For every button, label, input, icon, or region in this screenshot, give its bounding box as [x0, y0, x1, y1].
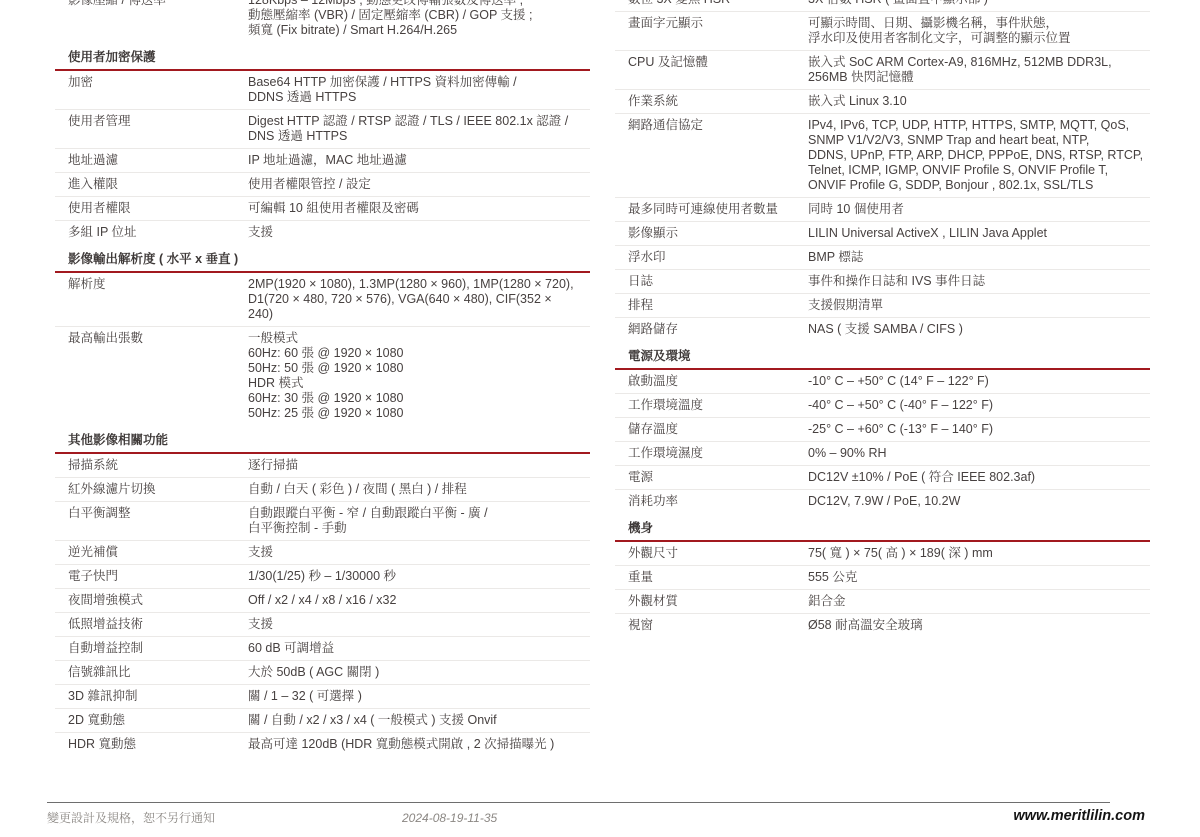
- spec-row: 儲存溫度-25° C – +60° C (-13° F – 140° F): [615, 417, 1150, 441]
- spec-value-line: 256MB 快閃記憶體: [808, 70, 1150, 85]
- spec-label: 電子快門: [55, 569, 248, 584]
- section-header-row: 電源及環境: [615, 341, 1150, 370]
- spec-row: 電子快門1/30(1/25) 秒 – 1/30000 秒: [55, 564, 590, 588]
- spec-value-line: LILIN Universal ActiveX , LILIN Java App…: [808, 226, 1150, 241]
- spec-value: 1/30(1/25) 秒 – 1/30000 秒: [248, 569, 590, 584]
- spec-value-line: 60 dB 可調增益: [248, 641, 590, 656]
- spec-row: 地址過濾IP 地址過濾，MAC 地址過濾: [55, 148, 590, 172]
- spec-value-line: 同時 10 個使用者: [808, 202, 1150, 217]
- spec-table-left: 影像壓縮 / 傳送率128Kbps – 12Mbps , 動態更改傳輸張數及傳送…: [55, 0, 590, 756]
- spec-value-line: 嵌入式 Linux 3.10: [808, 94, 1150, 109]
- spec-label: 視窗: [615, 618, 808, 633]
- spec-value: Off / x2 / x4 / x8 / x16 / x32: [248, 593, 590, 608]
- spec-row: 3D 雜訊抑制關 / 1 – 32 ( 可選擇 ): [55, 684, 590, 708]
- spec-value: DC12V, 7.9W / PoE, 10.2W: [808, 494, 1150, 509]
- spec-value: 3X 倍數 HSR ( 畫面置中顯示部 ): [808, 0, 1150, 7]
- spec-value-line: DDNS, UPnP, FTP, ARP, DHCP, PPPoE, DNS, …: [808, 148, 1150, 163]
- spec-value-line: 支援: [248, 617, 590, 632]
- spec-value-line: 關 / 自動 / x2 / x3 / x4 ( 一般模式 ) 支援 Onvif: [248, 713, 590, 728]
- section-title: 其他影像相關功能: [55, 433, 590, 448]
- spec-label: HDR 寬動態: [55, 737, 248, 752]
- spec-row: 解析度2MP(1920 × 1080), 1.3MP(1280 × 960), …: [55, 273, 590, 326]
- spec-label: 網路通信協定: [615, 118, 808, 193]
- spec-row: 自動增益控制60 dB 可調增益: [55, 636, 590, 660]
- spec-row: 白平衡調整自動跟蹤白平衡 - 窄 / 自動跟蹤白平衡 - 廣 /白平衡控制 - …: [55, 501, 590, 540]
- spec-value-line: -10° C – +50° C (14° F – 122° F): [808, 374, 1150, 389]
- spec-value: 支援: [248, 617, 590, 632]
- spec-row: CPU 及記憶體嵌入式 SoC ARM Cortex-A9, 816MHz, 5…: [615, 50, 1150, 89]
- spec-value: BMP 標誌: [808, 250, 1150, 265]
- spec-value-line: DC12V ±10% / PoE ( 符合 IEEE 802.3af): [808, 470, 1150, 485]
- spec-label: 使用者權限: [55, 201, 248, 216]
- spec-row: 網路通信協定IPv4, IPv6, TCP, UDP, HTTP, HTTPS,…: [615, 113, 1150, 197]
- spec-value-line: -25° C – +60° C (-13° F – 140° F): [808, 422, 1150, 437]
- spec-row: 啟動溫度-10° C – +50° C (14° F – 122° F): [615, 370, 1150, 393]
- spec-value-line: 白平衡控制 - 手動: [248, 521, 590, 536]
- spec-row: 視窗Ø58 耐高溫安全玻璃: [615, 613, 1150, 637]
- spec-value-line: 3X 倍數 HSR ( 畫面置中顯示部 ): [808, 0, 1150, 7]
- spec-value: 60 dB 可調增益: [248, 641, 590, 656]
- spec-value-line: 128Kbps – 12Mbps , 動態更改傳輸張數及傳送率 ,: [248, 0, 590, 8]
- spec-value-line: IPv4, IPv6, TCP, UDP, HTTP, HTTPS, SMTP,…: [808, 118, 1150, 133]
- spec-row: 網路儲存NAS ( 支援 SAMBA / CIFS ): [615, 317, 1150, 341]
- spec-value: 75( 寬 ) × 75( 高 ) × 189( 深 ) mm: [808, 546, 1150, 561]
- spec-value-line: Digest HTTP 認證 / RTSP 認證 / TLS / IEEE 80…: [248, 114, 590, 129]
- spec-table-right: 數位 3X 變焦 HSR3X 倍數 HSR ( 畫面置中顯示部 )畫面字元顯示可…: [615, 0, 1150, 637]
- spec-value-line: D1(720 × 480, 720 × 576), VGA(640 × 480)…: [248, 292, 590, 307]
- spec-value: Base64 HTTP 加密保護 / HTTPS 資料加密傳輸 /DDNS 透過…: [248, 75, 590, 105]
- spec-value: 0% – 90% RH: [808, 446, 1150, 461]
- spec-row: 排程支援假期清單: [615, 293, 1150, 317]
- spec-label: 排程: [615, 298, 808, 313]
- spec-value-line: 大於 50dB ( AGC 關閉 ): [248, 665, 590, 680]
- footer-website-link[interactable]: www.meritlilin.com: [1013, 809, 1145, 824]
- spec-value: 自動跟蹤白平衡 - 窄 / 自動跟蹤白平衡 - 廣 /白平衡控制 - 手動: [248, 506, 590, 536]
- spec-value-line: Off / x2 / x4 / x8 / x16 / x32: [248, 593, 590, 608]
- spec-row: 使用者權限可編輯 10 組使用者權限及密碼: [55, 196, 590, 220]
- spec-label: 多組 IP 位址: [55, 225, 248, 240]
- spec-row: 消耗功率DC12V, 7.9W / PoE, 10.2W: [615, 489, 1150, 513]
- spec-value: Digest HTTP 認證 / RTSP 認證 / TLS / IEEE 80…: [248, 114, 590, 144]
- spec-row: 電源DC12V ±10% / PoE ( 符合 IEEE 802.3af): [615, 465, 1150, 489]
- spec-value-line: 一般模式: [248, 331, 590, 346]
- spec-value: 2MP(1920 × 1080), 1.3MP(1280 × 960), 1MP…: [248, 277, 590, 322]
- spec-label: 逆光補償: [55, 545, 248, 560]
- spec-value: 一般模式60Hz: 60 張 @ 1920 × 108050Hz: 50 張 @…: [248, 331, 590, 421]
- spec-value-line: 關 / 1 – 32 ( 可選擇 ): [248, 689, 590, 704]
- spec-label: 工作環境濕度: [615, 446, 808, 461]
- spec-value-line: BMP 標誌: [808, 250, 1150, 265]
- spec-label: 日誌: [615, 274, 808, 289]
- spec-row: 最高輸出張數一般模式60Hz: 60 張 @ 1920 × 108050Hz: …: [55, 326, 590, 425]
- spec-value-line: 50Hz: 50 張 @ 1920 × 1080: [248, 361, 590, 376]
- spec-label: 掃描系統: [55, 458, 248, 473]
- spec-label: 最多同時可連線使用者數量: [615, 202, 808, 217]
- spec-value: IP 地址過濾，MAC 地址過濾: [248, 153, 590, 168]
- spec-label: 浮水印: [615, 250, 808, 265]
- spec-row: 工作環境溫度-40° C – +50° C (-40° F – 122° F): [615, 393, 1150, 417]
- spec-value-line: 555 公克: [808, 570, 1150, 585]
- spec-value: NAS ( 支援 SAMBA / CIFS ): [808, 322, 1150, 337]
- spec-value: 可編輯 10 組使用者權限及密碼: [248, 201, 590, 216]
- section-header-row: 機身: [615, 513, 1150, 542]
- spec-value-line: IP 地址過濾，MAC 地址過濾: [248, 153, 590, 168]
- spec-label: 儲存溫度: [615, 422, 808, 437]
- spec-row: 浮水印BMP 標誌: [615, 245, 1150, 269]
- spec-label: 3D 雜訊抑制: [55, 689, 248, 704]
- spec-value-line: 60Hz: 60 張 @ 1920 × 1080: [248, 346, 590, 361]
- spec-value-line: 逐行掃描: [248, 458, 590, 473]
- spec-row: 進入權限使用者權限管控 / 設定: [55, 172, 590, 196]
- spec-value-line: 可編輯 10 組使用者權限及密碼: [248, 201, 590, 216]
- spec-label: 網路儲存: [615, 322, 808, 337]
- spec-value: 可顯示時間、日期、攝影機名稱，事件狀態，浮水印及使用者客制化文字，可調整的顯示位…: [808, 16, 1150, 46]
- spec-label: 解析度: [55, 277, 248, 322]
- spec-value: DC12V ±10% / PoE ( 符合 IEEE 802.3af): [808, 470, 1150, 485]
- spec-value-line: Telnet, ICMP, IGMP, ONVIF Profile S, ONV…: [808, 163, 1150, 178]
- spec-label: 地址過濾: [55, 153, 248, 168]
- spec-label: 畫面字元顯示: [615, 16, 808, 46]
- spec-value-line: 自動 / 白天 ( 彩色 ) / 夜間 ( 黑白 ) / 排程: [248, 482, 590, 497]
- spec-value-line: 75( 寬 ) × 75( 高 ) × 189( 深 ) mm: [808, 546, 1150, 561]
- spec-row: 外觀尺寸75( 寬 ) × 75( 高 ) × 189( 深 ) mm: [615, 542, 1150, 565]
- footer-doc-date: 2024-08-19-11-35: [402, 811, 497, 826]
- spec-label: 啟動溫度: [615, 374, 808, 389]
- section-header-row: 其他影像相關功能: [55, 425, 590, 454]
- spec-value: 555 公克: [808, 570, 1150, 585]
- spec-label: 外觀尺寸: [615, 546, 808, 561]
- spec-value: 嵌入式 Linux 3.10: [808, 94, 1150, 109]
- spec-row: 外觀材質鋁合金: [615, 589, 1150, 613]
- spec-value: -10° C – +50° C (14° F – 122° F): [808, 374, 1150, 389]
- spec-row: 紅外線濾片切換自動 / 白天 ( 彩色 ) / 夜間 ( 黑白 ) / 排程: [55, 477, 590, 501]
- spec-value: IPv4, IPv6, TCP, UDP, HTTP, HTTPS, SMTP,…: [808, 118, 1150, 193]
- spec-value-line: DNS 透過 HTTPS: [248, 129, 590, 144]
- spec-value-line: 240): [248, 307, 590, 322]
- spec-label: 作業系統: [615, 94, 808, 109]
- spec-label: 進入權限: [55, 177, 248, 192]
- spec-value-line: 2MP(1920 × 1080), 1.3MP(1280 × 960), 1MP…: [248, 277, 590, 292]
- spec-value-line: 使用者權限管控 / 設定: [248, 177, 590, 192]
- spec-label: 影像顯示: [615, 226, 808, 241]
- spec-value-line: 支援: [248, 225, 590, 240]
- spec-row: 逆光補償支援: [55, 540, 590, 564]
- section-title: 使用者加密保護: [55, 50, 590, 65]
- spec-value-line: 60Hz: 30 張 @ 1920 × 1080: [248, 391, 590, 406]
- spec-value: 128Kbps – 12Mbps , 動態更改傳輸張數及傳送率 ,動態壓縮率 (…: [248, 0, 590, 38]
- spec-label: 使用者管理: [55, 114, 248, 144]
- spec-value-line: 事件和操作日誌和 IVS 事件日誌: [808, 274, 1150, 289]
- spec-row: 2D 寬動態關 / 自動 / x2 / x3 / x4 ( 一般模式 ) 支援 …: [55, 708, 590, 732]
- spec-row: 影像顯示LILIN Universal ActiveX , LILIN Java…: [615, 221, 1150, 245]
- spec-row: 掃描系統逐行掃描: [55, 454, 590, 477]
- spec-label: 影像壓縮 / 傳送率: [55, 0, 248, 38]
- spec-value-line: 1/30(1/25) 秒 – 1/30000 秒: [248, 569, 590, 584]
- spec-value: 同時 10 個使用者: [808, 202, 1150, 217]
- spec-label: 重量: [615, 570, 808, 585]
- spec-label: 夜間增強模式: [55, 593, 248, 608]
- spec-value: 關 / 1 – 32 ( 可選擇 ): [248, 689, 590, 704]
- spec-value-line: DDNS 透過 HTTPS: [248, 90, 590, 105]
- section-header-row: 影像輸出解析度 ( 水平 x 垂直 ): [55, 244, 590, 273]
- spec-value: Ø58 耐高溫安全玻璃: [808, 618, 1150, 633]
- spec-label: 消耗功率: [615, 494, 808, 509]
- spec-value-line: ONVIF Profile G, SDDP, Bonjour , 802.1x,…: [808, 178, 1150, 193]
- spec-value: 關 / 自動 / x2 / x3 / x4 ( 一般模式 ) 支援 Onvif: [248, 713, 590, 728]
- spec-value: LILIN Universal ActiveX , LILIN Java App…: [808, 226, 1150, 241]
- spec-value-line: 50Hz: 25 張 @ 1920 × 1080: [248, 406, 590, 421]
- spec-label: 工作環境溫度: [615, 398, 808, 413]
- spec-label: 自動增益控制: [55, 641, 248, 656]
- spec-value-line: 0% – 90% RH: [808, 446, 1150, 461]
- spec-row: 重量555 公克: [615, 565, 1150, 589]
- page-footer: 變更設計及規格，恕不另行通知 2024-08-19-11-35 www.meri…: [47, 802, 1145, 833]
- spec-label: 電源: [615, 470, 808, 485]
- spec-value: -25° C – +60° C (-13° F – 140° F): [808, 422, 1150, 437]
- spec-row: 工作環境濕度0% – 90% RH: [615, 441, 1150, 465]
- spec-value-line: NAS ( 支援 SAMBA / CIFS ): [808, 322, 1150, 337]
- spec-label: 加密: [55, 75, 248, 105]
- spec-value-line: 支援假期清單: [808, 298, 1150, 313]
- spec-row: 影像壓縮 / 傳送率128Kbps – 12Mbps , 動態更改傳輸張數及傳送…: [55, 0, 590, 42]
- spec-label: 白平衡調整: [55, 506, 248, 536]
- spec-value: 支援: [248, 225, 590, 240]
- spec-value: 使用者權限管控 / 設定: [248, 177, 590, 192]
- spec-label: CPU 及記憶體: [615, 55, 808, 85]
- section-title: 機身: [615, 521, 1150, 536]
- section-header-row: 使用者加密保護: [55, 42, 590, 71]
- footer-text: 變更設計及規格，恕不另行通知 2024-08-19-11-35 www.meri…: [47, 811, 1145, 833]
- section-title: 影像輸出解析度 ( 水平 x 垂直 ): [55, 252, 590, 267]
- spec-value-line: -40° C – +50° C (-40° F – 122° F): [808, 398, 1150, 413]
- spec-value: 最高可達 120dB (HDR 寬動態模式開啟 , 2 次掃描曝光 ): [248, 737, 590, 752]
- spec-value: 支援假期清單: [808, 298, 1150, 313]
- spec-label: 外觀材質: [615, 594, 808, 609]
- spec-row: 畫面字元顯示可顯示時間、日期、攝影機名稱，事件狀態，浮水印及使用者客制化文字，可…: [615, 11, 1150, 50]
- spec-value-line: 最高可達 120dB (HDR 寬動態模式開啟 , 2 次掃描曝光 ): [248, 737, 590, 752]
- footer-divider: [47, 802, 1110, 803]
- spec-row: 多組 IP 位址支援: [55, 220, 590, 244]
- spec-value-line: Ø58 耐高溫安全玻璃: [808, 618, 1150, 633]
- spec-label: 最高輸出張數: [55, 331, 248, 421]
- spec-value: 事件和操作日誌和 IVS 事件日誌: [808, 274, 1150, 289]
- spec-row: 日誌事件和操作日誌和 IVS 事件日誌: [615, 269, 1150, 293]
- spec-row: 加密Base64 HTTP 加密保護 / HTTPS 資料加密傳輸 /DDNS …: [55, 71, 590, 109]
- spec-row: 夜間增強模式Off / x2 / x4 / x8 / x16 / x32: [55, 588, 590, 612]
- spec-label: 2D 寬動態: [55, 713, 248, 728]
- spec-row: HDR 寬動態最高可達 120dB (HDR 寬動態模式開啟 , 2 次掃描曝光…: [55, 732, 590, 756]
- section-title: 電源及環境: [615, 349, 1150, 364]
- footer-disclaimer: 變更設計及規格，恕不另行通知: [47, 811, 215, 826]
- spec-value: 支援: [248, 545, 590, 560]
- spec-value-line: 動態壓縮率 (VBR) / 固定壓縮率 (CBR) / GOP 支援 ;: [248, 8, 590, 23]
- spec-value-line: HDR 模式: [248, 376, 590, 391]
- spec-value-line: 支援: [248, 545, 590, 560]
- spec-value-line: SNMP V1/V2/V3, SNMP Trap and heart beat,…: [808, 133, 1150, 148]
- spec-value-line: 可顯示時間、日期、攝影機名稱，事件狀態，: [808, 16, 1150, 31]
- spec-value: -40° C – +50° C (-40° F – 122° F): [808, 398, 1150, 413]
- spec-label: 信號雜訊比: [55, 665, 248, 680]
- spec-value-line: 嵌入式 SoC ARM Cortex-A9, 816MHz, 512MB DDR…: [808, 55, 1150, 70]
- spec-row: 最多同時可連線使用者數量同時 10 個使用者: [615, 197, 1150, 221]
- spec-row: 低照增益技術支援: [55, 612, 590, 636]
- spec-label: 紅外線濾片切換: [55, 482, 248, 497]
- spec-row: 信號雜訊比大於 50dB ( AGC 關閉 ): [55, 660, 590, 684]
- spec-value: 嵌入式 SoC ARM Cortex-A9, 816MHz, 512MB DDR…: [808, 55, 1150, 85]
- spec-value-line: 頻寬 (Fix bitrate) / Smart H.264/H.265: [248, 23, 590, 38]
- spec-value: 大於 50dB ( AGC 關閉 ): [248, 665, 590, 680]
- spec-value-line: 自動跟蹤白平衡 - 窄 / 自動跟蹤白平衡 - 廣 /: [248, 506, 590, 521]
- spec-value: 鋁合金: [808, 594, 1150, 609]
- spec-row: 數位 3X 變焦 HSR3X 倍數 HSR ( 畫面置中顯示部 ): [615, 0, 1150, 11]
- spec-label: 低照增益技術: [55, 617, 248, 632]
- spec-value-line: DC12V, 7.9W / PoE, 10.2W: [808, 494, 1150, 509]
- spec-row: 作業系統嵌入式 Linux 3.10: [615, 89, 1150, 113]
- spec-value: 自動 / 白天 ( 彩色 ) / 夜間 ( 黑白 ) / 排程: [248, 482, 590, 497]
- spec-value-line: 鋁合金: [808, 594, 1150, 609]
- spec-value: 逐行掃描: [248, 458, 590, 473]
- spec-row: 使用者管理Digest HTTP 認證 / RTSP 認證 / TLS / IE…: [55, 109, 590, 148]
- spec-value-line: 浮水印及使用者客制化文字，可調整的顯示位置: [808, 31, 1150, 46]
- spec-value-line: Base64 HTTP 加密保護 / HTTPS 資料加密傳輸 /: [248, 75, 590, 90]
- spec-label: 數位 3X 變焦 HSR: [615, 0, 808, 7]
